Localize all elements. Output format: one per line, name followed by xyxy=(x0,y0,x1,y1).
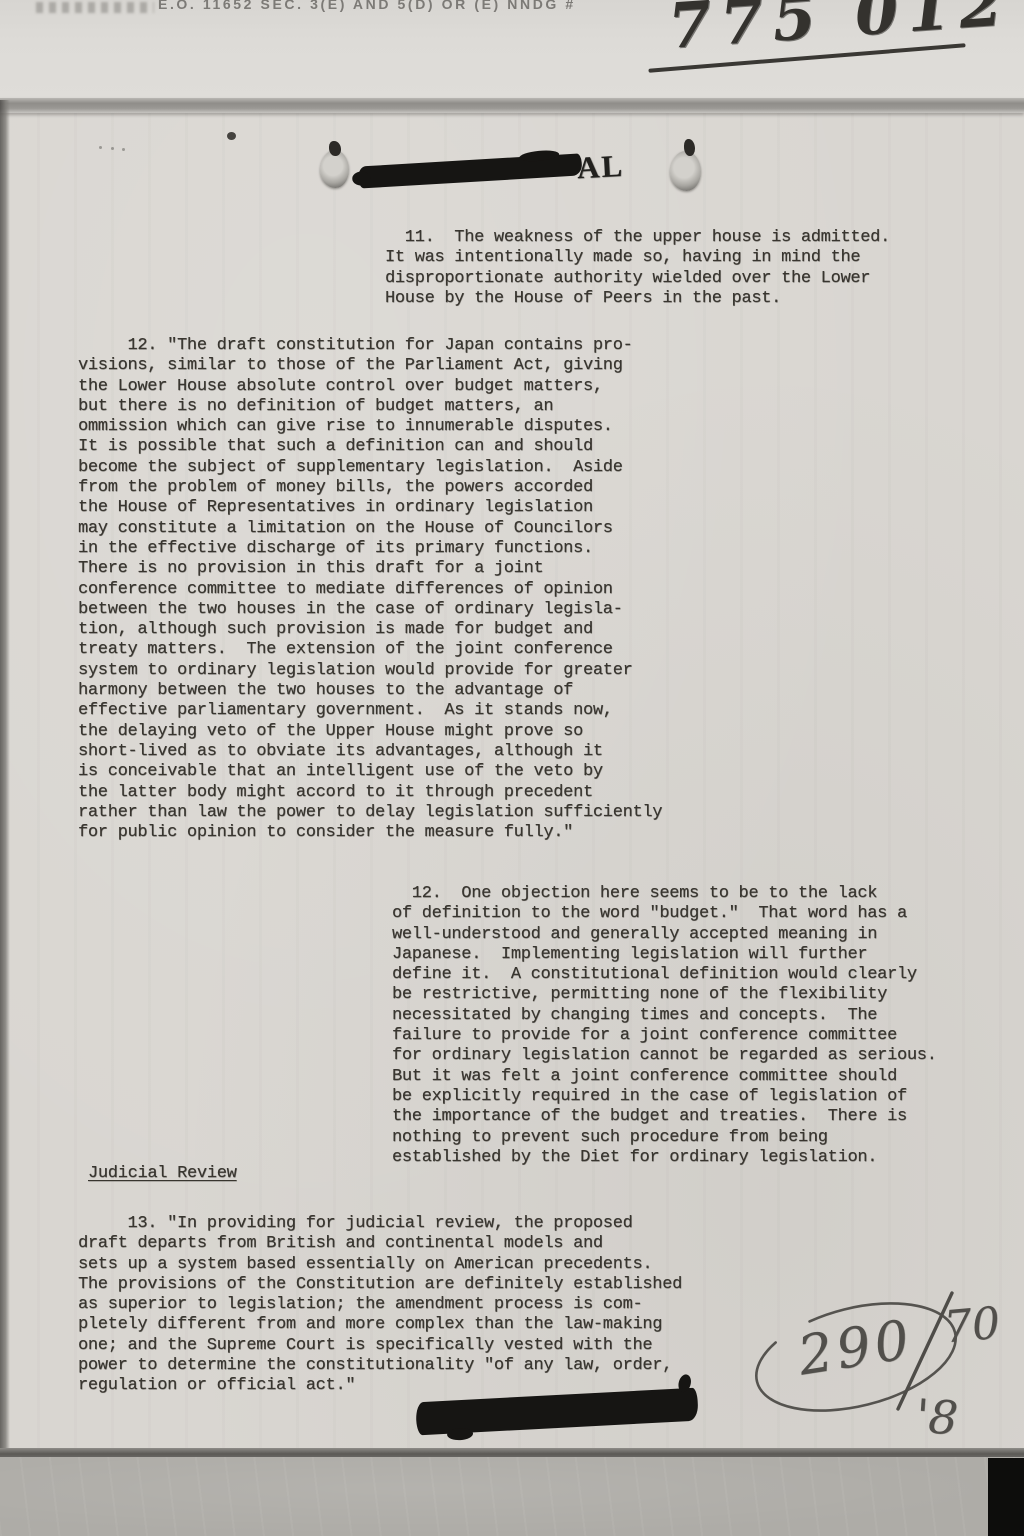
paper-fastener-left xyxy=(320,150,349,188)
ink-speck xyxy=(227,132,236,140)
paragraph-13-quote: 13. "In providing for judicial review, t… xyxy=(78,1214,682,1397)
illegible-stamp-smear xyxy=(36,2,154,13)
handwritten-denominator: 70 xyxy=(942,1298,1002,1354)
paragraph-12-response: 12. One objection here seems to be to th… xyxy=(392,884,937,1168)
declassification-stamp-text: E.O. 11652 SEC. 3(E) AND 5(D) OR (E) NND… xyxy=(158,0,576,12)
handwritten-corner-mark: '8 xyxy=(914,1389,960,1446)
fastener-nub xyxy=(684,139,695,156)
dust-speck xyxy=(122,148,125,151)
paragraph-12-quote: 12. "The draft constitution for Japan co… xyxy=(78,336,662,843)
paragraph-11-response: 11. The weakness of the upper house is a… xyxy=(385,228,890,309)
fastener-nub xyxy=(329,141,341,156)
section-heading-judicial-review: Judicial Review xyxy=(88,1164,237,1184)
classification-stamp-remnant: AL xyxy=(576,148,625,186)
paper-fastener-right xyxy=(670,151,701,191)
dust-speck xyxy=(99,146,102,149)
dust-speck xyxy=(111,147,114,150)
page-left-edge-shadow xyxy=(0,100,10,1460)
scanned-document-page: E.O. 11652 SEC. 3(E) AND 5(D) OR (E) NND… xyxy=(0,0,1024,1536)
page-top-edge-shadow xyxy=(0,98,1024,113)
